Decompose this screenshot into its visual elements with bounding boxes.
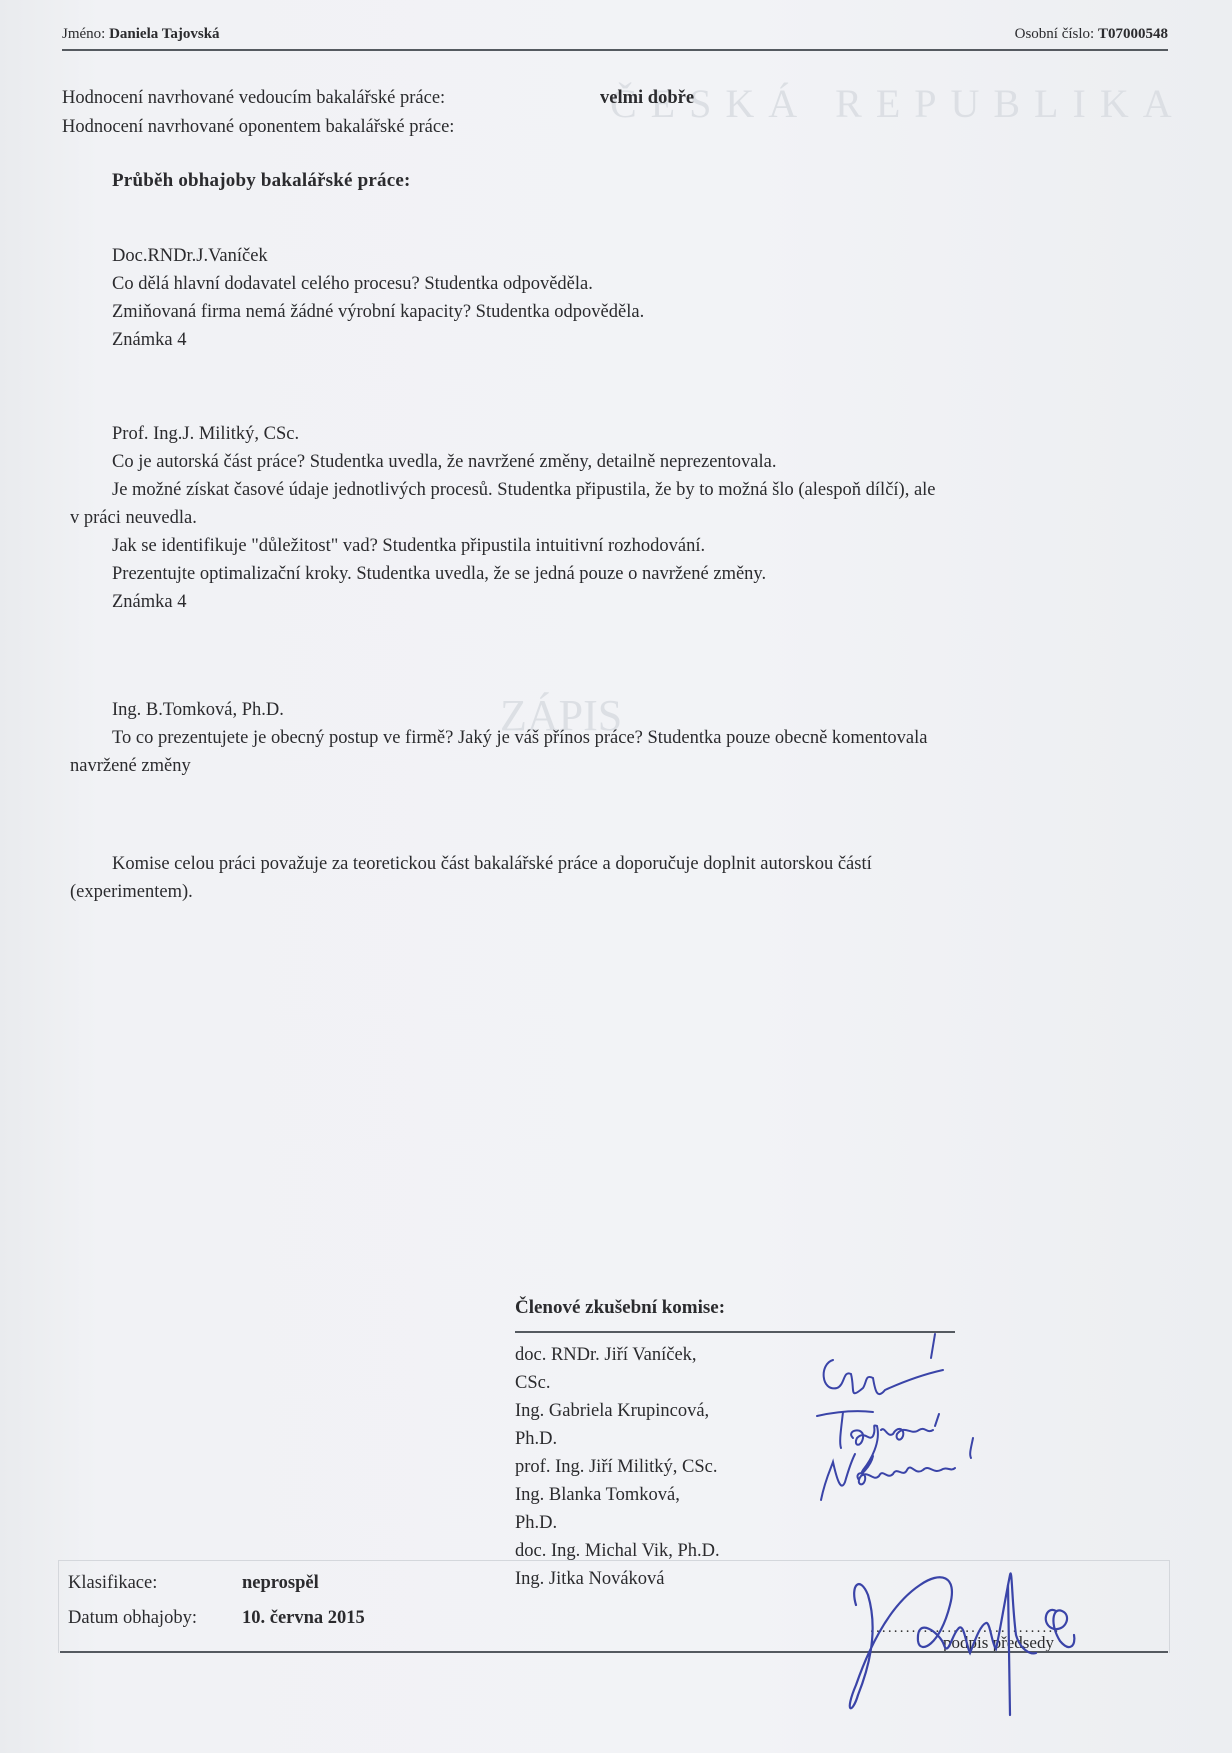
question-line: Prezentujte optimalizační kroky. Student… [112, 560, 936, 588]
classification-value: neprospěl [242, 1573, 319, 1594]
classification-label: Klasifikace: [68, 1573, 157, 1594]
student-name: Jméno: Daniela Tajovská [62, 26, 220, 43]
examiner-block-1: Doc.RNDr.J.Vaníček Co dělá hlavní dodava… [112, 242, 644, 354]
chairman-signature [840, 1545, 1120, 1725]
id-value: T07000548 [1098, 26, 1168, 42]
committee-member: Ing. Gabriela Krupincová, Ph.D. [515, 1397, 725, 1453]
question-line: Je možné získat časové údaje jednotlivýc… [112, 476, 936, 504]
committee-member: prof. Ing. Jiří Militký, CSc. [515, 1453, 725, 1481]
examiner-block-3: Ing. B.Tomková, Ph.D. To co prezentujete… [112, 696, 927, 780]
examiner-block-2: Prof. Ing.J. Militký, CSc. Co je autorsk… [112, 420, 936, 616]
conclusion-line: Komise celou práci považuje za teoretick… [112, 850, 872, 878]
name-label: Jméno: [62, 26, 105, 42]
committee-conclusion: Komise celou práci považuje za teoretick… [112, 850, 872, 906]
header-divider [62, 49, 1168, 51]
id-label: Osobní číslo: [1015, 26, 1095, 42]
supervisor-eval-value: velmi dobře [600, 88, 694, 109]
examiner-grade: Známka 4 [112, 588, 936, 616]
question-line: Jak se identifikuje "důležitost" vad? St… [112, 532, 936, 560]
bleed-through-text: ČESKÁ REPUBLIKA [610, 80, 1186, 127]
examiner-grade: Známka 4 [112, 326, 644, 354]
conclusion-line: (experimentem). [70, 878, 872, 906]
examiner-name: Prof. Ing.J. Militký, CSc. [112, 420, 936, 448]
opponent-eval-label: Hodnocení navrhované oponentem bakalářsk… [62, 117, 454, 138]
question-line: Co je autorská část práce? Studentka uve… [112, 448, 936, 476]
question-line: Zmiňovaná firma nemá žádné výrobní kapac… [112, 298, 644, 326]
question-line: v práci neuvedla. [70, 504, 936, 532]
name-value: Daniela Tajovská [109, 26, 219, 42]
question-line: To co prezentujete je obecný postup ve f… [112, 724, 927, 752]
examiner-name: Ing. B.Tomková, Ph.D. [112, 696, 927, 724]
defense-heading: Průběh obhajoby bakalářské práce: [112, 170, 410, 192]
question-line: navržené změny [70, 752, 927, 780]
student-id: Osobní číslo: T07000548 [1015, 26, 1168, 43]
committee-member: doc. RNDr. Jiří Vaníček, CSc. [515, 1341, 725, 1397]
defense-date-value: 10. června 2015 [242, 1608, 365, 1629]
question-line: Co dělá hlavní dodavatel celého procesu?… [112, 270, 644, 298]
scanned-page: ČESKÁ REPUBLIKA ZÁPIS Jméno: Daniela Taj… [0, 0, 1232, 1753]
committee-section: Členové zkušební komise: doc. RNDr. Jiří… [515, 1297, 725, 1329]
committee-title: Členové zkušební komise: [515, 1297, 725, 1319]
defense-date-label: Datum obhajoby: [68, 1608, 197, 1629]
supervisor-eval-label: Hodnocení navrhované vedoucím bakalářské… [62, 88, 445, 109]
committee-members: doc. RNDr. Jiří Vaníček, CSc. Ing. Gabri… [515, 1341, 725, 1593]
examiner-name: Doc.RNDr.J.Vaníček [112, 242, 644, 270]
committee-member: Ing. Blanka Tomková, Ph.D. [515, 1481, 725, 1537]
